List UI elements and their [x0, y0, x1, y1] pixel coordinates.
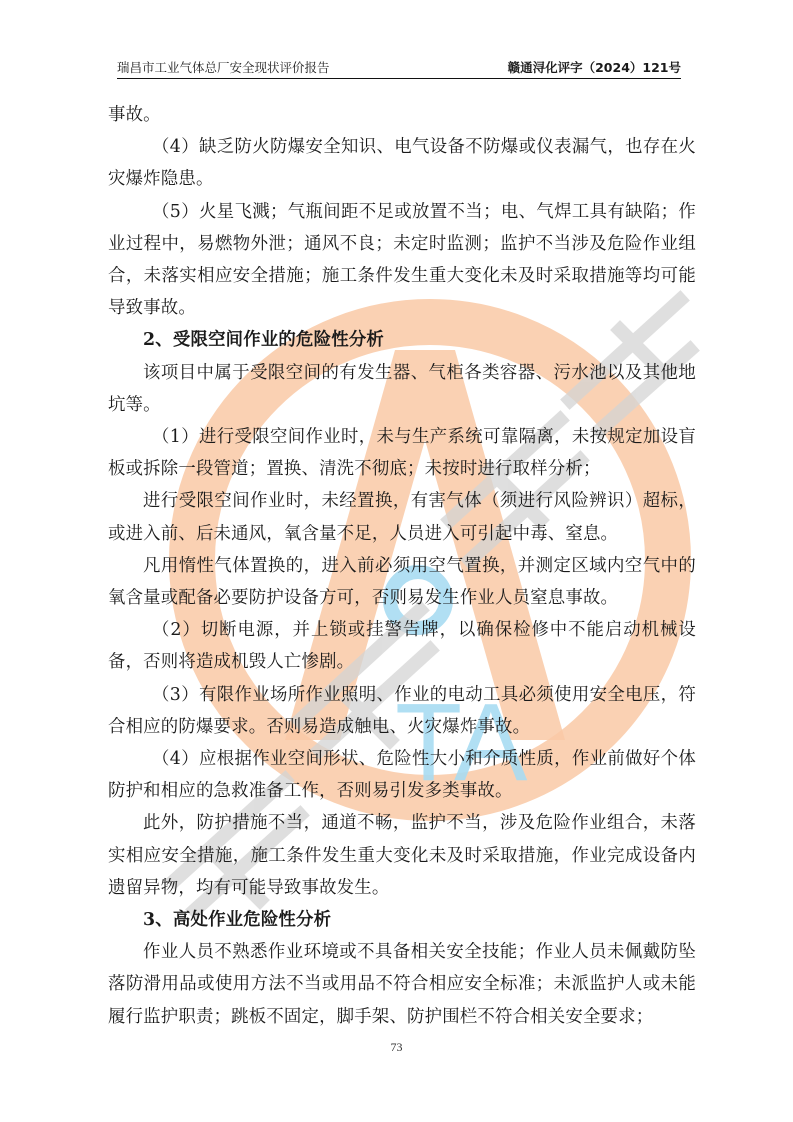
- page-header: 瑞昌市工业气体总厂安全现状评价报告 赣通浔化评字（2024）121号: [117, 58, 681, 79]
- page-number: 73: [0, 1040, 793, 1055]
- list-item: （3）有限作业场所作业照明、作业的电动工具必须使用安全电压，符合相应的防爆要求。…: [108, 679, 696, 743]
- paragraph: 进行受限空间作业时，未经置换，有害气体（须进行风险辨识）超标，或进入前、后未通风…: [108, 485, 696, 549]
- paragraph: 此外，防护措施不当，通道不畅，监护不当，涉及危险作业组合，未落实相应安全措施，施…: [108, 807, 696, 904]
- paragraph: 该项目中属于受限空间的有发生器、气柜各类容器、污水池以及其他地坑等。: [108, 357, 696, 421]
- report-number: 赣通浔化评字（2024）121号: [508, 58, 681, 76]
- list-item: （4）应根据作业空间形状、危险性大小和介质性质，作业前做好个体防护和相应的急救准…: [108, 743, 696, 807]
- paragraph-continuation: 事故。: [108, 99, 696, 131]
- paragraph: 凡用惰性气体置换的，进入前必须用空气置换，并测定区域内空气中的氧含量或配备必要防…: [108, 550, 696, 614]
- list-item: （4）缺乏防火防爆安全知识、电气设备不防爆或仪表漏气，也存在火灾爆炸隐患。: [108, 131, 696, 195]
- report-title: 瑞昌市工业气体总厂安全现状评价报告: [117, 58, 330, 76]
- paragraph: 作业人员不熟悉作业环境或不具备相关安全技能；作业人员未佩戴防坠落防滑用品或使用方…: [108, 936, 696, 1033]
- list-item: （1）进行受限空间作业时，未与生产系统可靠隔离，未按规定加设盲板或拆除一段管道；…: [108, 421, 696, 485]
- list-item: （2）切断电源，并上锁或挂警告牌，以确保检修中不能启动机械设备，否则将造成机毁人…: [108, 614, 696, 678]
- list-item: （5）火星飞溅；气瓶间距不足或放置不当；电、气焊工具有缺陷；作业过程中，易燃物外…: [108, 196, 696, 325]
- section-heading: 3、高处作业危险性分析: [108, 904, 696, 936]
- document-body: 事故。 （4）缺乏防火防爆安全知识、电气设备不防爆或仪表漏气，也存在火灾爆炸隐患…: [108, 99, 696, 1033]
- section-heading: 2、受限空间作业的危险性分析: [108, 324, 696, 356]
